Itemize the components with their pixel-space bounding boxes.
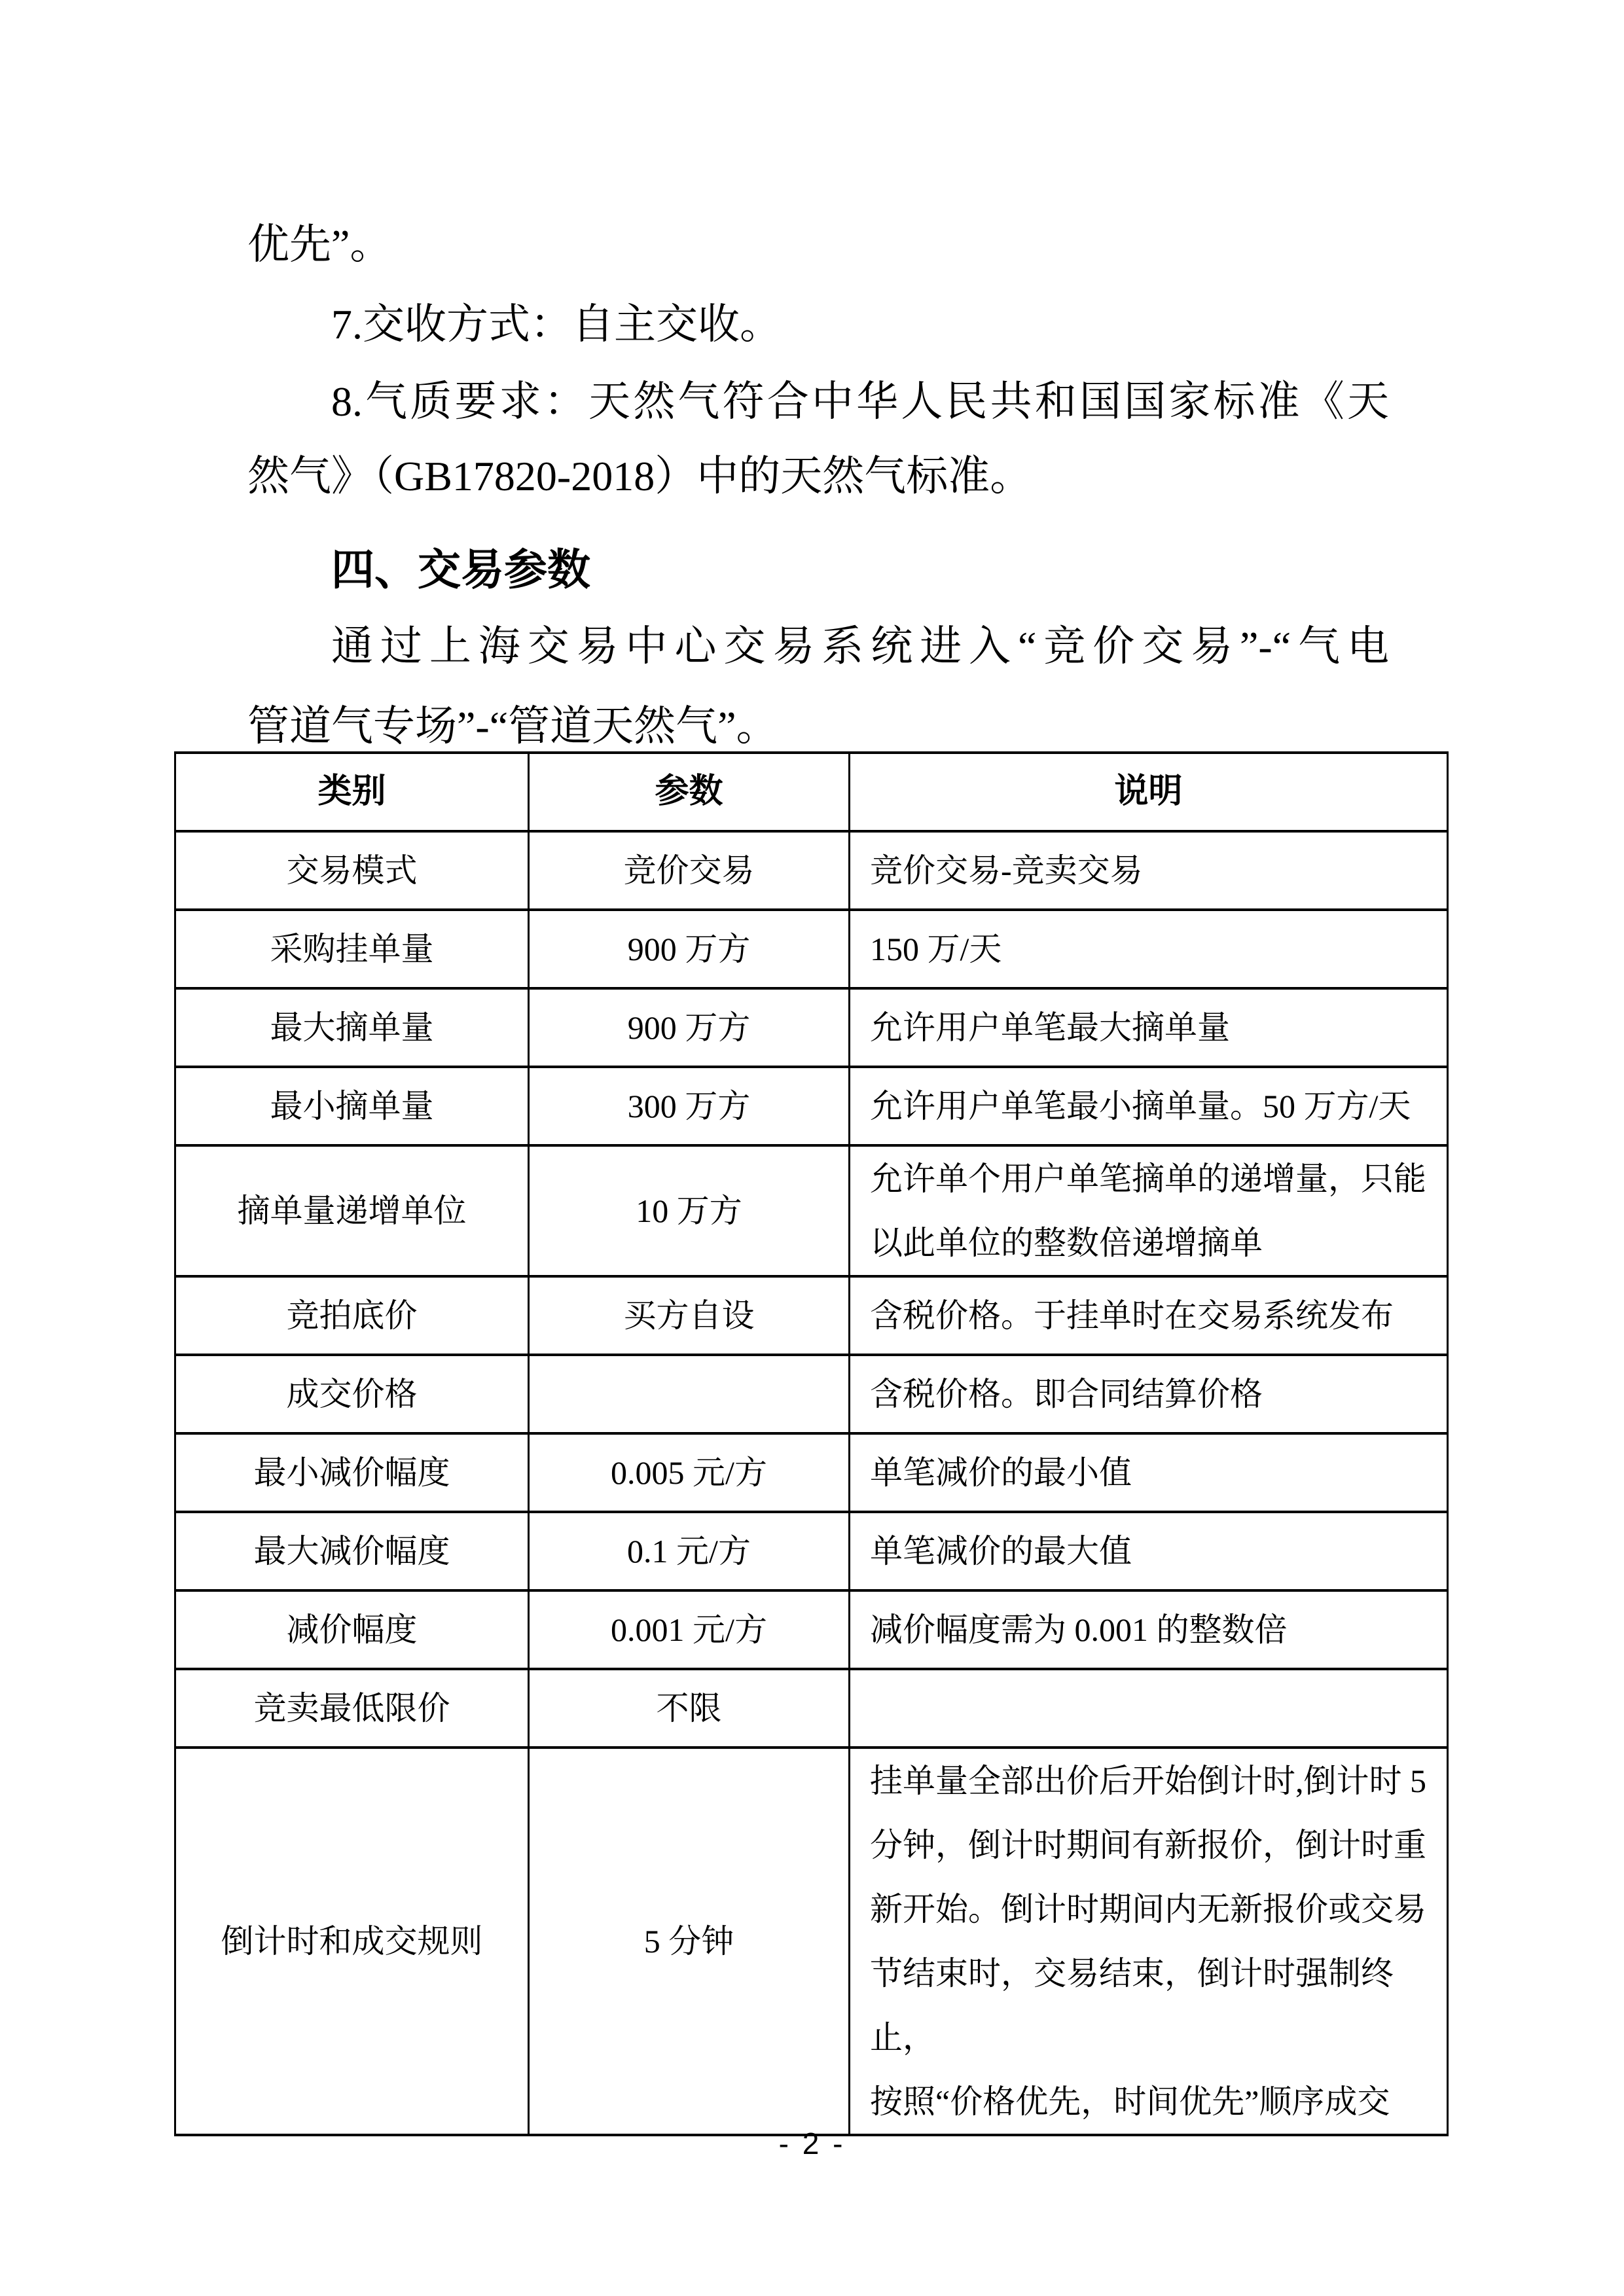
table-row: 倒计时和成交规则 5 分钟 挂单量全部出价后开始倒计时,倒计时 5 分钟，倒计时… (175, 1748, 1448, 2135)
cell-description: 减价幅度需为 0.001 的整数倍 (850, 1590, 1448, 1669)
header-cell-description: 说明 (850, 753, 1448, 831)
table-row: 最大减价幅度 0.1 元/方 单笔减价的最大值 (175, 1512, 1448, 1590)
cell-param (529, 1355, 850, 1433)
cell-param: 0.1 元/方 (529, 1512, 850, 1590)
cell-param: 300 万方 (529, 1067, 850, 1145)
header-cell-category: 类别 (175, 753, 529, 831)
cell-param: 900 万方 (529, 910, 850, 988)
cell-description: 含税价格。于挂单时在交易系统发布 (850, 1276, 1448, 1355)
cell-category: 采购挂单量 (175, 910, 529, 988)
cell-description: 单笔减价的最小值 (850, 1433, 1448, 1512)
cell-category: 交易模式 (175, 831, 529, 910)
table-row: 竞卖最低限价 不限 (175, 1669, 1448, 1748)
paragraph-line: 7.交收方式：自主交收。 (247, 300, 1389, 350)
table-row: 成交价格 含税价格。即合同结算价格 (175, 1355, 1448, 1433)
header-cell-param: 参数 (529, 753, 850, 831)
cell-description: 含税价格。即合同结算价格 (850, 1355, 1448, 1433)
cell-category: 最大摘单量 (175, 988, 529, 1067)
cell-param: 10 万方 (529, 1145, 850, 1276)
cell-category: 倒计时和成交规则 (175, 1748, 529, 2135)
table-row: 最小减价幅度 0.005 元/方 单笔减价的最小值 (175, 1433, 1448, 1512)
section-heading: 四、交易参数 (247, 546, 1389, 596)
table-header-row: 类别 参数 说明 (175, 753, 1448, 831)
cell-param: 不限 (529, 1669, 850, 1748)
table-row: 最大摘单量 900 万方 允许用户单笔最大摘单量 (175, 988, 1448, 1067)
table-row: 最小摘单量 300 万方 允许用户单笔最小摘单量。50 万方/天 (175, 1067, 1448, 1145)
cell-param: 5 分钟 (529, 1748, 850, 2135)
cell-category: 最大减价幅度 (175, 1512, 529, 1590)
cell-description: 挂单量全部出价后开始倒计时,倒计时 5 分钟，倒计时期间有新报价，倒计时重 新开… (850, 1748, 1448, 2135)
cell-category: 成交价格 (175, 1355, 529, 1433)
cell-param: 0.001 元/方 (529, 1590, 850, 1669)
cell-description: 竞价交易-竞卖交易 (850, 831, 1448, 910)
cell-category: 竞拍底价 (175, 1276, 529, 1355)
table-row: 交易模式 竞价交易 竞价交易-竞卖交易 (175, 831, 1448, 910)
table-row: 摘单量递增单位 10 万方 允许单个用户单笔摘单的递增量，只能 以此单位的整数倍… (175, 1145, 1448, 1276)
cell-description (850, 1669, 1448, 1748)
table-row: 采购挂单量 900 万方 150 万/天 (175, 910, 1448, 988)
cell-description: 允许单个用户单笔摘单的递增量，只能 以此单位的整数倍递增摘单 (850, 1145, 1448, 1276)
page-number: - 2 - (0, 2126, 1624, 2161)
cell-param: 900 万方 (529, 988, 850, 1067)
table-row: 竞拍底价 买方自设 含税价格。于挂单时在交易系统发布 (175, 1276, 1448, 1355)
cell-param: 竞价交易 (529, 831, 850, 910)
cell-category: 最小减价幅度 (175, 1433, 529, 1512)
paragraph-line: 然气》（GB17820-2018）中的天然气标准。 (247, 452, 1389, 501)
table-row: 减价幅度 0.001 元/方 减价幅度需为 0.001 的整数倍 (175, 1590, 1448, 1669)
paragraph-line: 优先”。 (247, 220, 1389, 270)
cell-category: 摘单量递增单位 (175, 1145, 529, 1276)
paragraph-line: 管道气专场”-“管道天然气”。 (247, 702, 1389, 751)
document-page: 优先”。 7.交收方式：自主交收。 8.气质要求：天然气符合中华人民共和国国家标… (0, 0, 1624, 2296)
cell-category: 最小摘单量 (175, 1067, 529, 1145)
cell-param: 0.005 元/方 (529, 1433, 850, 1512)
paragraph-line: 通过上海交易中心交易系统进入“竞价交易”-“气电 (247, 622, 1389, 672)
cell-description: 单笔减价的最大值 (850, 1512, 1448, 1590)
paragraph-line: 8.气质要求：天然气符合中华人民共和国国家标准《天 (247, 377, 1389, 427)
cell-description: 允许用户单笔最大摘单量 (850, 988, 1448, 1067)
cell-description: 150 万/天 (850, 910, 1448, 988)
cell-description: 允许用户单笔最小摘单量。50 万方/天 (850, 1067, 1448, 1145)
cell-category: 竞卖最低限价 (175, 1669, 529, 1748)
cell-param: 买方自设 (529, 1276, 850, 1355)
parameters-table: 类别 参数 说明 交易模式 竞价交易 竞价交易-竞卖交易 采购挂单量 900 万… (174, 751, 1449, 2136)
cell-category: 减价幅度 (175, 1590, 529, 1669)
